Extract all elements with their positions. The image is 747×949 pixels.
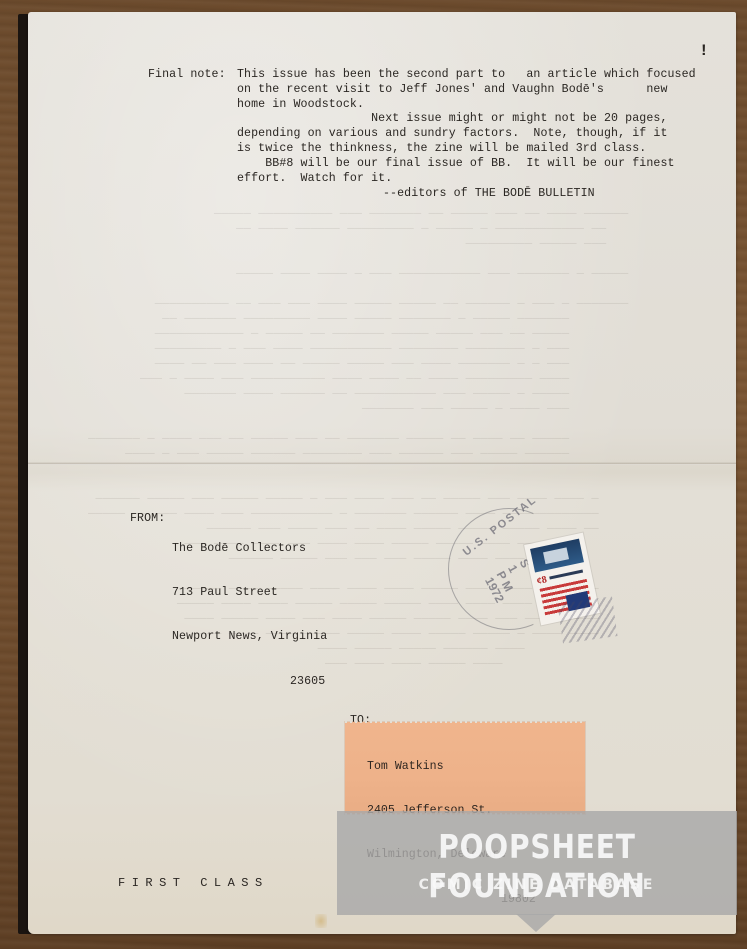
final-note-label: Final note:	[148, 68, 226, 83]
fold-crease	[28, 462, 736, 465]
postmark-cancel-lines	[557, 596, 617, 643]
watermark-subtitle: COMIC ZINE DATABASE	[337, 877, 737, 893]
from-label: FROM:	[130, 512, 165, 527]
watermark-banner: POOPSHEET FOUNDATION COMIC ZINE DATABASE	[337, 811, 737, 915]
paper-stain	[315, 914, 327, 928]
return-address-name: The Bodē Collectors	[172, 542, 327, 557]
editor-signature: --editors of THE BODĒ BULLETIN	[383, 187, 595, 202]
watermark-title: POOPSHEET FOUNDATION	[367, 827, 707, 905]
return-address-zip: 23605	[172, 675, 327, 690]
recipient-address-label: Tom Watkins 2405 Jefferson St. Wilmingto…	[345, 722, 585, 814]
final-note-body: This issue has been the second part to a…	[237, 68, 696, 186]
return-address-street: 713 Paul Street	[172, 586, 327, 601]
bleed-through-text: ────── ──── ── ─── ───── ── ─────── ─── …	[88, 207, 628, 462]
stamp-caption	[549, 570, 583, 580]
margin-mark: !	[699, 42, 709, 60]
return-address-city: Newport News, Virginia	[172, 630, 327, 645]
return-address: The Bodē Collectors 713 Paul Street Newp…	[172, 512, 327, 719]
mail-class: FIRST CLASS	[118, 876, 269, 890]
recipient-name: Tom Watkins	[367, 760, 536, 775]
watermark-pointer-icon	[516, 914, 556, 932]
stamp-value: ¢8	[536, 574, 548, 587]
